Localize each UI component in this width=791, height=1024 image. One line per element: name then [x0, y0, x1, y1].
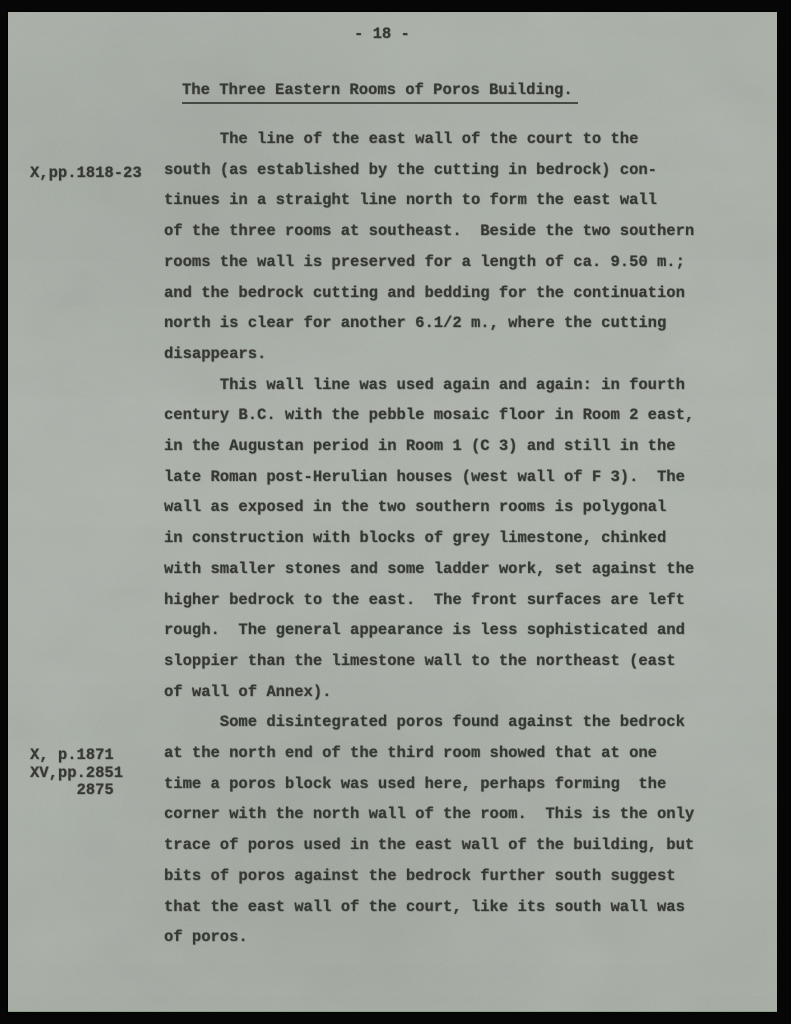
- margin-reference-note-2: X, p.1871XV,pp.2851 2875: [30, 747, 123, 800]
- body-text: The line of the east wall of the court t…: [164, 124, 694, 953]
- scan-background: - 18 - The Three Eastern Rooms of Poros …: [0, 0, 791, 1024]
- section-title: The Three Eastern Rooms of Poros Buildin…: [182, 81, 578, 104]
- page-number: - 18 -: [354, 25, 410, 43]
- paragraph-1: The line of the east wall of the court t…: [164, 124, 694, 370]
- paragraph-2: This wall line was used again and again:…: [164, 370, 694, 708]
- paragraph-3: Some disintegrated poros found against t…: [164, 707, 694, 953]
- margin-reference-note-1: X,pp.1818-23: [30, 164, 142, 182]
- document-page: - 18 - The Three Eastern Rooms of Poros …: [8, 12, 777, 1012]
